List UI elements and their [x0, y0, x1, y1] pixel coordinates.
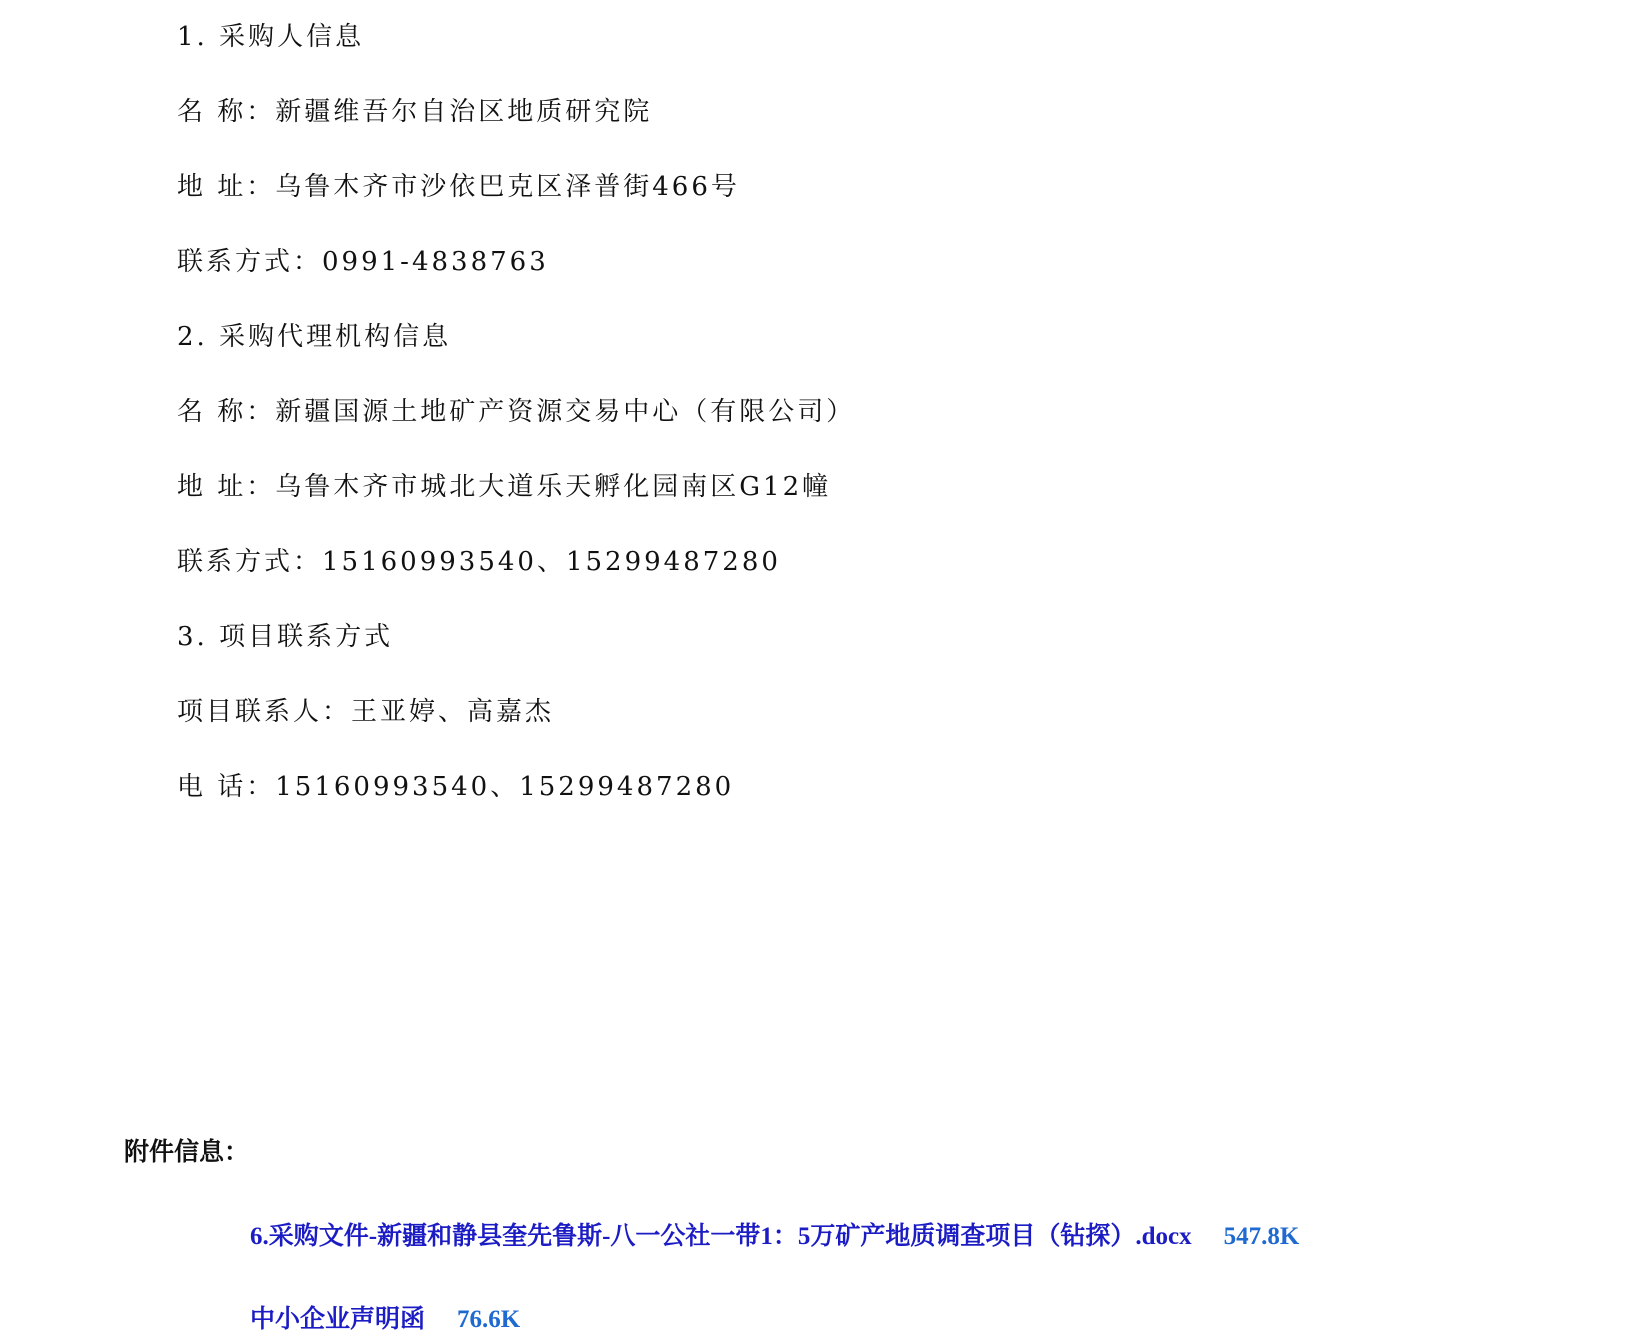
- agency-contact: 联系方式：15160993540、15299487280: [177, 547, 781, 577]
- attachments-heading: 附件信息：: [124, 1138, 249, 1168]
- section-title-purchaser: 1. 采购人信息: [177, 22, 364, 52]
- project-contact-phone: 电 话：15160993540、15299487280: [177, 772, 734, 802]
- agency-address: 地 址：乌鲁木齐市城北大道乐天孵化园南区G12幢: [177, 472, 831, 502]
- attachment-size: 76.6K: [457, 1306, 520, 1333]
- section-title-agency: 2. 采购代理机构信息: [177, 322, 451, 352]
- purchaser-contact: 联系方式：0991-4838763: [177, 247, 549, 277]
- purchaser-address: 地 址：乌鲁木齐市沙依巴克区泽普街466号: [177, 172, 740, 202]
- project-contact-person: 项目联系人：王亚婷、高嘉杰: [177, 697, 554, 727]
- attachment-link[interactable]: 中小企业声明函: [250, 1306, 425, 1333]
- attachment-item: 6.采购文件-新疆和静县奎先鲁斯-八一公社一带1：5万矿产地质调查项目（钻探）.…: [250, 1222, 1299, 1252]
- agency-name: 名 称：新疆国源土地矿产资源交易中心（有限公司）: [177, 397, 855, 427]
- purchaser-name: 名 称：新疆维吾尔自治区地质研究院: [177, 97, 652, 127]
- attachment-size: 547.8K: [1224, 1223, 1300, 1250]
- attachment-link[interactable]: 6.采购文件-新疆和静县奎先鲁斯-八一公社一带1：5万矿产地质调查项目（钻探）.…: [250, 1223, 1192, 1250]
- attachment-item: 中小企业声明函76.6K: [250, 1305, 520, 1335]
- section-title-project-contact: 3. 项目联系方式: [177, 622, 393, 652]
